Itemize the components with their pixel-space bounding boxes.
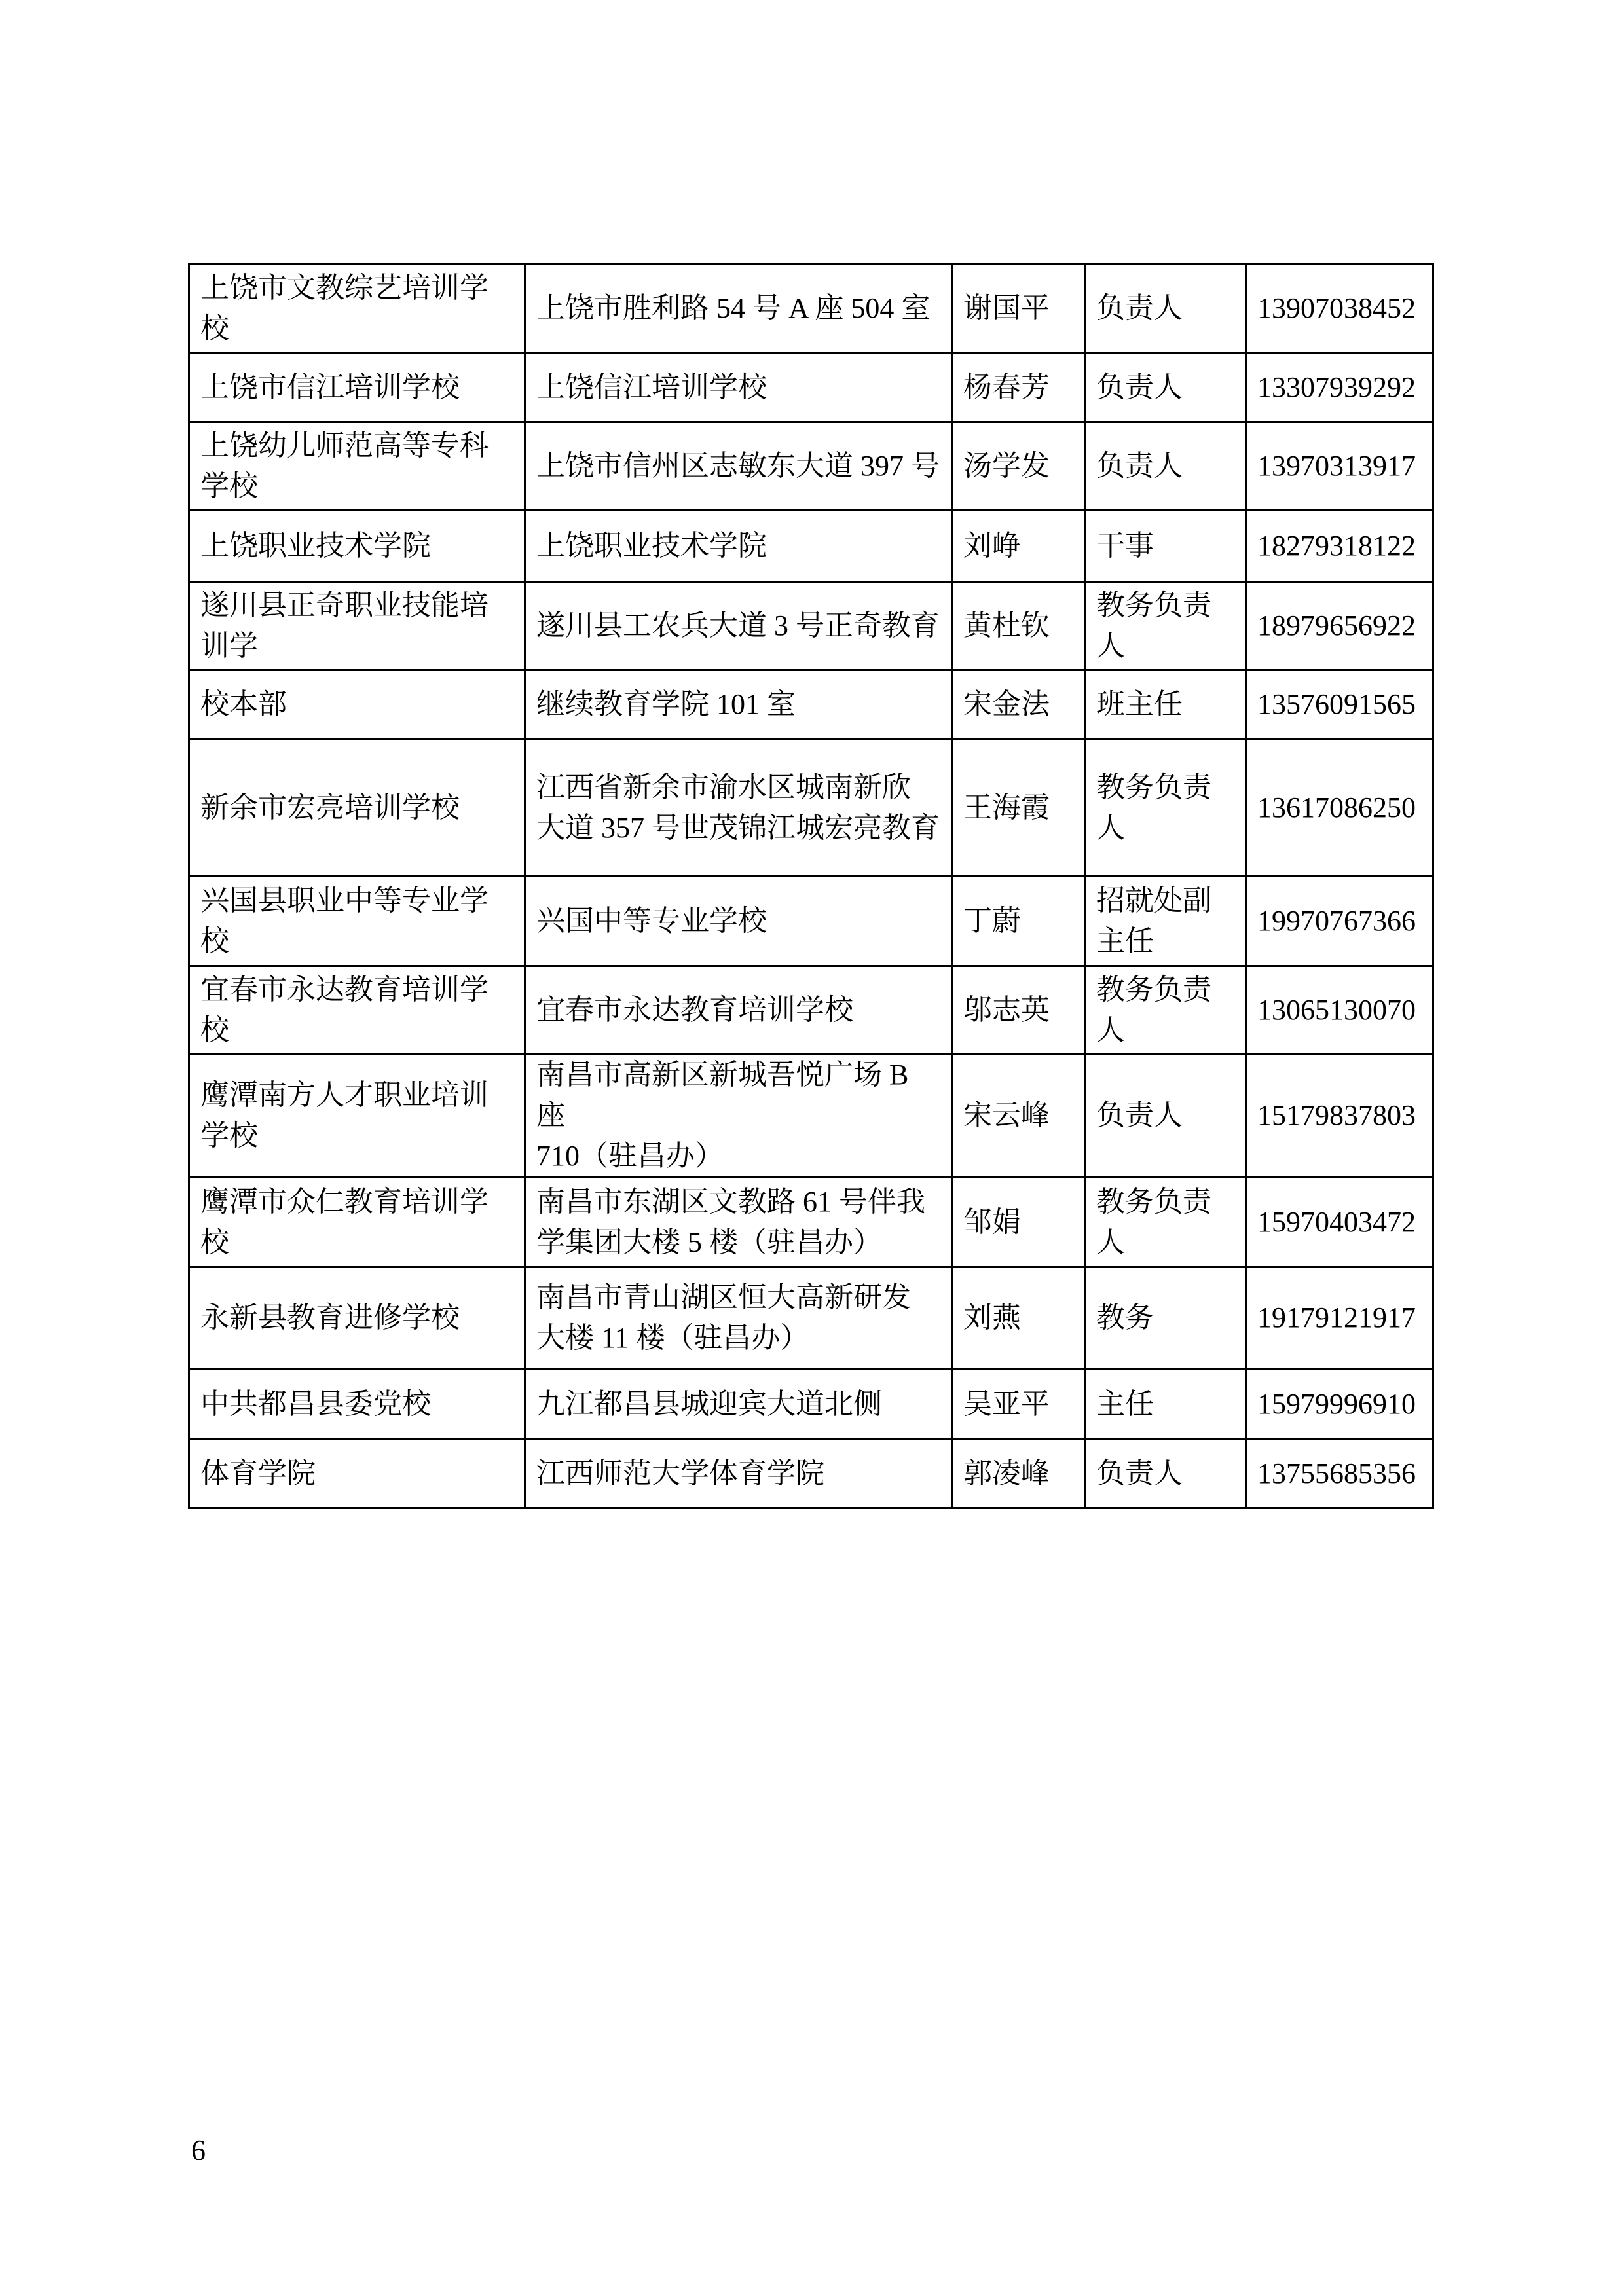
address-cell: 继续教育学院 101 室 — [525, 670, 952, 739]
table-row: 鹰潭南方人才职业培训 学校 南昌市高新区新城吾悦广场 B 座 710（驻昌办） … — [189, 1054, 1433, 1178]
table-row: 遂川县正奇职业技能培 训学 遂川县工农兵大道 3 号正奇教育 黄杜钦 教务负责 … — [189, 582, 1433, 670]
contact-cell: 谢国平 — [952, 264, 1085, 353]
address-cell: 遂川县工农兵大道 3 号正奇教育 — [525, 582, 952, 670]
title-cell: 主任 — [1085, 1369, 1246, 1440]
phone-cell: 13065130070 — [1246, 966, 1433, 1054]
title-cell: 教务负责 人 — [1085, 739, 1246, 877]
school-cell: 体育学院 — [189, 1440, 525, 1508]
title-cell: 负责人 — [1085, 264, 1246, 353]
title-cell: 干事 — [1085, 510, 1246, 582]
address-cell: 宜春市永达教育培训学校 — [525, 966, 952, 1054]
phone-cell: 13307939292 — [1246, 353, 1433, 422]
school-cell: 鹰潭南方人才职业培训 学校 — [189, 1054, 525, 1178]
title-cell: 教务负责 人 — [1085, 966, 1246, 1054]
title-cell: 招就处副 主任 — [1085, 877, 1246, 966]
address-cell: 上饶市信州区志敏东大道 397 号 — [525, 422, 952, 510]
table-row: 上饶市信江培训学校 上饶信江培训学校 杨春芳 负责人 13307939292 — [189, 353, 1433, 422]
address-cell: 上饶信江培训学校 — [525, 353, 952, 422]
phone-cell: 15970403472 — [1246, 1178, 1433, 1267]
address-cell: 江西省新余市渝水区城南新欣 大道 357 号世茂锦江城宏亮教育 — [525, 739, 952, 877]
school-cell: 校本部 — [189, 670, 525, 739]
contact-cell: 宋金法 — [952, 670, 1085, 739]
title-cell: 教务负责 人 — [1085, 1178, 1246, 1267]
phone-cell: 13755685356 — [1246, 1440, 1433, 1508]
school-cell: 遂川县正奇职业技能培 训学 — [189, 582, 525, 670]
contact-cell: 丁蔚 — [952, 877, 1085, 966]
title-cell: 负责人 — [1085, 1440, 1246, 1508]
school-cell: 上饶幼儿师范高等专科 学校 — [189, 422, 525, 510]
school-cell: 宜春市永达教育培训学 校 — [189, 966, 525, 1054]
title-cell: 教务 — [1085, 1267, 1246, 1369]
phone-cell: 13970313917 — [1246, 422, 1433, 510]
phone-cell: 18279318122 — [1246, 510, 1433, 582]
table-row: 宜春市永达教育培训学 校 宜春市永达教育培训学校 邬志英 教务负责 人 1306… — [189, 966, 1433, 1054]
address-cell: 南昌市东湖区文教路 61 号伴我 学集团大楼 5 楼（驻昌办） — [525, 1178, 952, 1267]
address-cell: 九江都昌县城迎宾大道北侧 — [525, 1369, 952, 1440]
contact-cell: 吴亚平 — [952, 1369, 1085, 1440]
table-row: 鹰潭市众仁教育培训学 校 南昌市东湖区文教路 61 号伴我 学集团大楼 5 楼（… — [189, 1178, 1433, 1267]
school-cell: 上饶市信江培训学校 — [189, 353, 525, 422]
contact-cell: 汤学发 — [952, 422, 1085, 510]
school-cell: 兴国县职业中等专业学 校 — [189, 877, 525, 966]
title-cell: 负责人 — [1085, 1054, 1246, 1178]
address-cell: 江西师范大学体育学院 — [525, 1440, 952, 1508]
page-number: 6 — [191, 2130, 206, 2171]
table-row: 新余市宏亮培训学校 江西省新余市渝水区城南新欣 大道 357 号世茂锦江城宏亮教… — [189, 739, 1433, 877]
phone-cell: 19179121917 — [1246, 1267, 1433, 1369]
phone-cell: 15179837803 — [1246, 1054, 1433, 1178]
school-cell: 永新县教育进修学校 — [189, 1267, 525, 1369]
table-row: 上饶市文教综艺培训学 校 上饶市胜利路 54 号 A 座 504 室 谢国平 负… — [189, 264, 1433, 353]
table-row: 上饶职业技术学院 上饶职业技术学院 刘峥 干事 18279318122 — [189, 510, 1433, 582]
table-row: 兴国县职业中等专业学 校 兴国中等专业学校 丁蔚 招就处副 主任 1997076… — [189, 877, 1433, 966]
table-row: 中共都昌县委党校 九江都昌县城迎宾大道北侧 吴亚平 主任 15979996910 — [189, 1369, 1433, 1440]
document-page: 上饶市文教综艺培训学 校 上饶市胜利路 54 号 A 座 504 室 谢国平 负… — [0, 0, 1624, 2296]
address-cell: 上饶职业技术学院 — [525, 510, 952, 582]
school-cell: 鹰潭市众仁教育培训学 校 — [189, 1178, 525, 1267]
phone-cell: 13907038452 — [1246, 264, 1433, 353]
table-row: 永新县教育进修学校 南昌市青山湖区恒大高新研发 大楼 11 楼（驻昌办） 刘燕 … — [189, 1267, 1433, 1369]
phone-cell: 13576091565 — [1246, 670, 1433, 739]
school-cell: 中共都昌县委党校 — [189, 1369, 525, 1440]
contact-cell: 杨春芳 — [952, 353, 1085, 422]
phone-cell: 19970767366 — [1246, 877, 1433, 966]
contact-cell: 邹娟 — [952, 1178, 1085, 1267]
phone-cell: 13617086250 — [1246, 739, 1433, 877]
table-row: 校本部 继续教育学院 101 室 宋金法 班主任 13576091565 — [189, 670, 1433, 739]
contact-cell: 黄杜钦 — [952, 582, 1085, 670]
title-cell: 班主任 — [1085, 670, 1246, 739]
phone-cell: 15979996910 — [1246, 1369, 1433, 1440]
contact-cell: 郭凌峰 — [952, 1440, 1085, 1508]
title-cell: 负责人 — [1085, 422, 1246, 510]
address-cell: 南昌市青山湖区恒大高新研发 大楼 11 楼（驻昌办） — [525, 1267, 952, 1369]
table-row: 体育学院 江西师范大学体育学院 郭凌峰 负责人 13755685356 — [189, 1440, 1433, 1508]
contact-cell: 邬志英 — [952, 966, 1085, 1054]
contact-cell: 刘燕 — [952, 1267, 1085, 1369]
contact-cell: 刘峥 — [952, 510, 1085, 582]
contact-table: 上饶市文教综艺培训学 校 上饶市胜利路 54 号 A 座 504 室 谢国平 负… — [188, 263, 1434, 1509]
contact-cell: 王海霞 — [952, 739, 1085, 877]
address-cell: 南昌市高新区新城吾悦广场 B 座 710（驻昌办） — [525, 1054, 952, 1178]
title-cell: 教务负责 人 — [1085, 582, 1246, 670]
school-cell: 上饶职业技术学院 — [189, 510, 525, 582]
address-cell: 上饶市胜利路 54 号 A 座 504 室 — [525, 264, 952, 353]
table-row: 上饶幼儿师范高等专科 学校 上饶市信州区志敏东大道 397 号 汤学发 负责人 … — [189, 422, 1433, 510]
school-cell: 上饶市文教综艺培训学 校 — [189, 264, 525, 353]
title-cell: 负责人 — [1085, 353, 1246, 422]
contact-cell: 宋云峰 — [952, 1054, 1085, 1178]
school-cell: 新余市宏亮培训学校 — [189, 739, 525, 877]
phone-cell: 18979656922 — [1246, 582, 1433, 670]
address-cell: 兴国中等专业学校 — [525, 877, 952, 966]
